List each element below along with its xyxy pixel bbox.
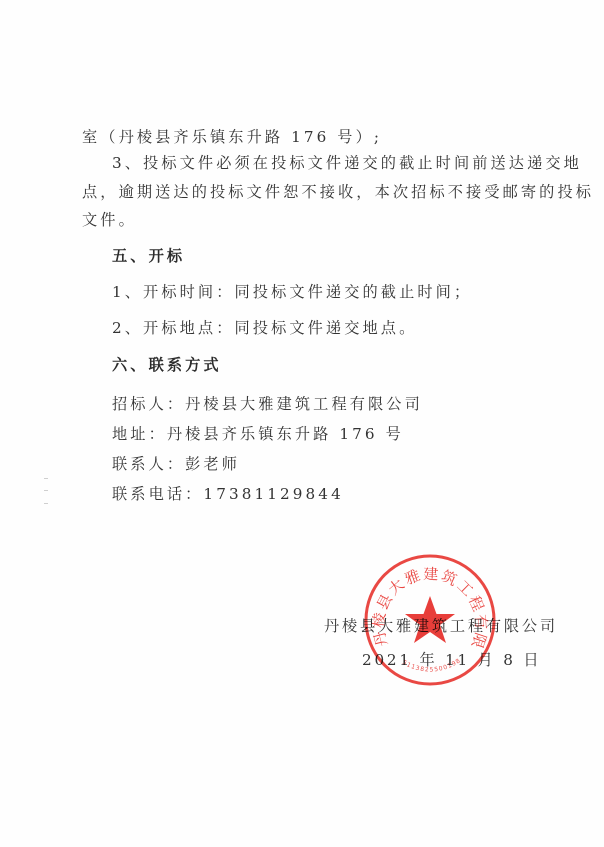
document-page: 室（丹棱县齐乐镇东升路 176 号）; 3、投标文件必须在投标文件递交的截止时间… xyxy=(0,0,604,847)
section-heading-contact: 六、联系方式 xyxy=(112,355,222,375)
text-line-address-continued: 室（丹棱县齐乐镇东升路 176 号）; xyxy=(82,127,382,147)
signature-date: 2021 年 11 月 8 日 xyxy=(362,650,541,670)
contact-address: 地址：丹棱县齐乐镇东升路 176 号 xyxy=(112,424,404,444)
signature-company: 丹棱县大雅建筑工程有限公司 xyxy=(324,616,558,636)
bid-opening-location: 2、开标地点：同投标文件递交地点。 xyxy=(112,318,417,338)
bid-opening-time: 1、开标时间：同投标文件递交的截止时间； xyxy=(112,282,472,302)
svg-text:丹棱县大雅建筑工程有限公司: 丹棱县大雅建筑工程有限公司 xyxy=(362,552,490,652)
margin-mark xyxy=(44,490,48,491)
text-line-rule-3-end: 文件。 xyxy=(82,210,137,230)
text-line-rule-3: 3、投标文件必须在投标文件递交的截止时间前送达递交地 xyxy=(112,153,582,173)
contact-tenderer: 招标人：丹棱县大雅建筑工程有限公司 xyxy=(112,394,423,414)
margin-mark xyxy=(44,478,48,479)
contact-phone: 联系电话：17381129844 xyxy=(112,484,344,504)
section-heading-bid-opening: 五、开标 xyxy=(112,246,185,266)
contact-person: 联系人：彭老师 xyxy=(112,454,240,474)
text-line-rule-3-cont: 点，逾期送达的投标文件恕不接收，本次招标不接受邮寄的投标 xyxy=(82,182,594,202)
margin-mark xyxy=(44,503,48,504)
